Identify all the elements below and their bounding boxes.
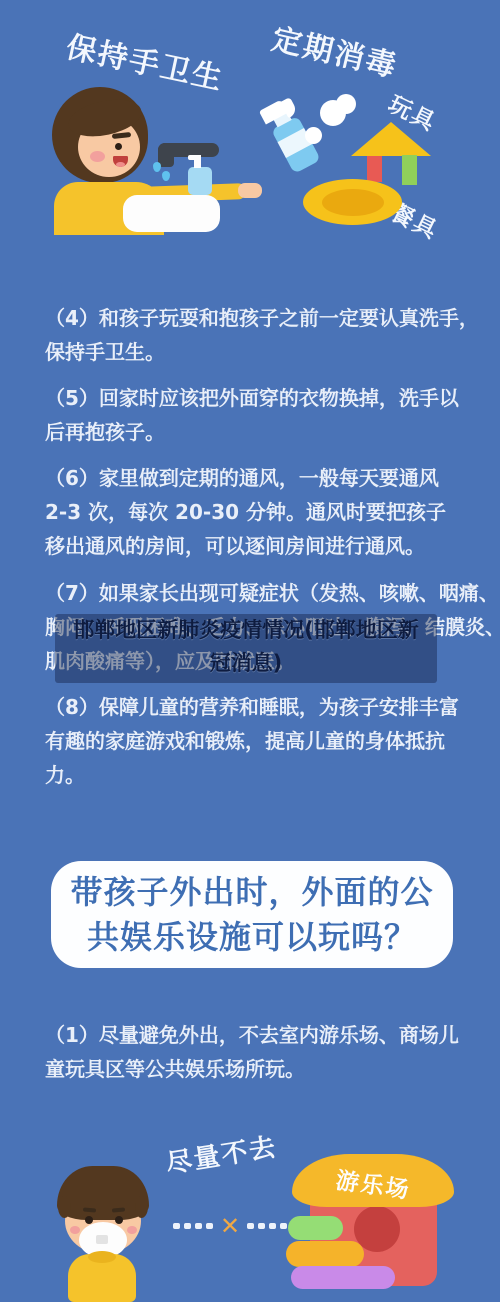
text-line: 力。 (45, 758, 475, 792)
boy-hand (238, 183, 262, 198)
boy-tongue (116, 162, 125, 167)
covid-children-prevention-poster: 保持手卫生 定期消毒 玩具 餐具 (0, 0, 500, 1302)
boy-blush (70, 1226, 80, 1234)
boy-eye (115, 143, 122, 150)
dash (206, 1223, 213, 1229)
dash (247, 1223, 254, 1229)
text-line: 童玩具区等公共娱乐场所玩。 (45, 1052, 475, 1086)
playground-bar-yellow (286, 1241, 364, 1267)
tip-item-5: （5）回家时应该把外面穿的衣物换掉，洗手以后再抱孩子。 (45, 381, 475, 449)
boy-hair-tuft (58, 1196, 71, 1218)
playground-awning: 游乐场 (292, 1154, 454, 1207)
playground-label: 游乐场 (334, 1162, 413, 1205)
text-line: 带孩子外出时，外面的公 (51, 870, 453, 915)
dash (184, 1223, 191, 1229)
dash (173, 1223, 180, 1229)
dash (280, 1223, 287, 1229)
boy-blush (90, 151, 105, 162)
text-line: （7）如果家长出现可疑症状（发热、咳嗽、咽痛、 (45, 576, 475, 610)
boy-hair-tuft (135, 1196, 148, 1218)
plate-inner (322, 189, 384, 216)
mask-valve (96, 1235, 108, 1244)
question-box: 带孩子外出时，外面的公共娱乐设施可以玩吗？ (51, 861, 453, 968)
text-line: 后再抱孩子。 (45, 415, 475, 449)
tip-item-4: （4）和孩子玩耍和抱孩子之前一定要认真洗手，保持手卫生。 (45, 301, 475, 369)
avoid-going-out-label: 尽量不去 (163, 1126, 279, 1180)
text-line: （1）尽量避免外出，不去室内游乐场、商场儿 (45, 1018, 475, 1052)
bubble-icon (336, 94, 356, 114)
dash (258, 1223, 265, 1229)
boy-blush (127, 1226, 137, 1234)
sink-icon (123, 195, 220, 232)
playground-bar-green (288, 1216, 343, 1240)
arrow-pillar-red (367, 156, 382, 182)
x-mark-icon: ✕ (220, 1213, 240, 1239)
tip-item-6: （6）家里做到定期的通风，一般每天要通风2-3 次，每次 20-30 分钟。通风… (45, 461, 475, 563)
soap-nozzle (188, 155, 201, 160)
disinfect-label: 定期消毒 (268, 14, 403, 86)
dash (195, 1223, 202, 1229)
no-go-dotted-line: ✕ (172, 1213, 288, 1239)
text-line: 有趣的家庭游戏和锻炼，提高儿童的身体抵抗 (45, 724, 475, 758)
water-drop-icon (162, 171, 170, 181)
boy-eye (115, 1216, 123, 1224)
text-line: 保持手卫生。 (45, 335, 475, 369)
text-line: （4）和孩子玩耍和抱孩子之前一定要认真洗手， (45, 301, 475, 335)
text-line: 2-3 次，每次 20-30 分钟。通风时要把孩子 (45, 495, 475, 529)
text-line: 共娱乐设施可以玩吗？ (51, 915, 453, 960)
question-text: 带孩子外出时，外面的公共娱乐设施可以玩吗？ (51, 870, 453, 960)
playground-icon: 游乐场 (288, 1150, 460, 1292)
arrow-pillar-green (402, 155, 417, 185)
boy-collar (88, 1251, 116, 1263)
arrow-roof (351, 122, 431, 156)
text-line: （8）保障儿童的营养和睡眠，为孩子安排丰富 (45, 690, 475, 724)
text-line: （5）回家时应该把外面穿的衣物换掉，洗手以 (45, 381, 475, 415)
house-arrow-icon (350, 122, 432, 186)
tip-item-8: （8）保障儿童的营养和睡眠，为孩子安排丰富有趣的家庭游戏和锻炼，提高儿童的身体抵… (45, 690, 475, 792)
watermark-title: 邯郸地区新肺炎疫情情况(邯郸地区新冠消息) (55, 614, 437, 683)
text-line: （6）家里做到定期的通风，一般每天要通风 (45, 461, 475, 495)
water-drop-icon (153, 162, 161, 172)
bubble-icon (305, 127, 322, 144)
playground-bar-purple (291, 1266, 395, 1289)
dash (269, 1223, 276, 1229)
soap-dispenser-icon (188, 167, 212, 195)
masked-boy-illustration (57, 1166, 149, 1302)
text-line: 邯郸地区新肺炎疫情情况(邯郸地区新 (55, 614, 437, 647)
text-line: 移出通风的房间，可以逐间房间进行通风。 (45, 529, 475, 563)
text-line: 冠消息) (55, 647, 437, 680)
tip-item-1: （1）尽量避免外出，不去室内游乐场、商场儿童玩具区等公共娱乐场所玩。 (45, 1018, 475, 1086)
